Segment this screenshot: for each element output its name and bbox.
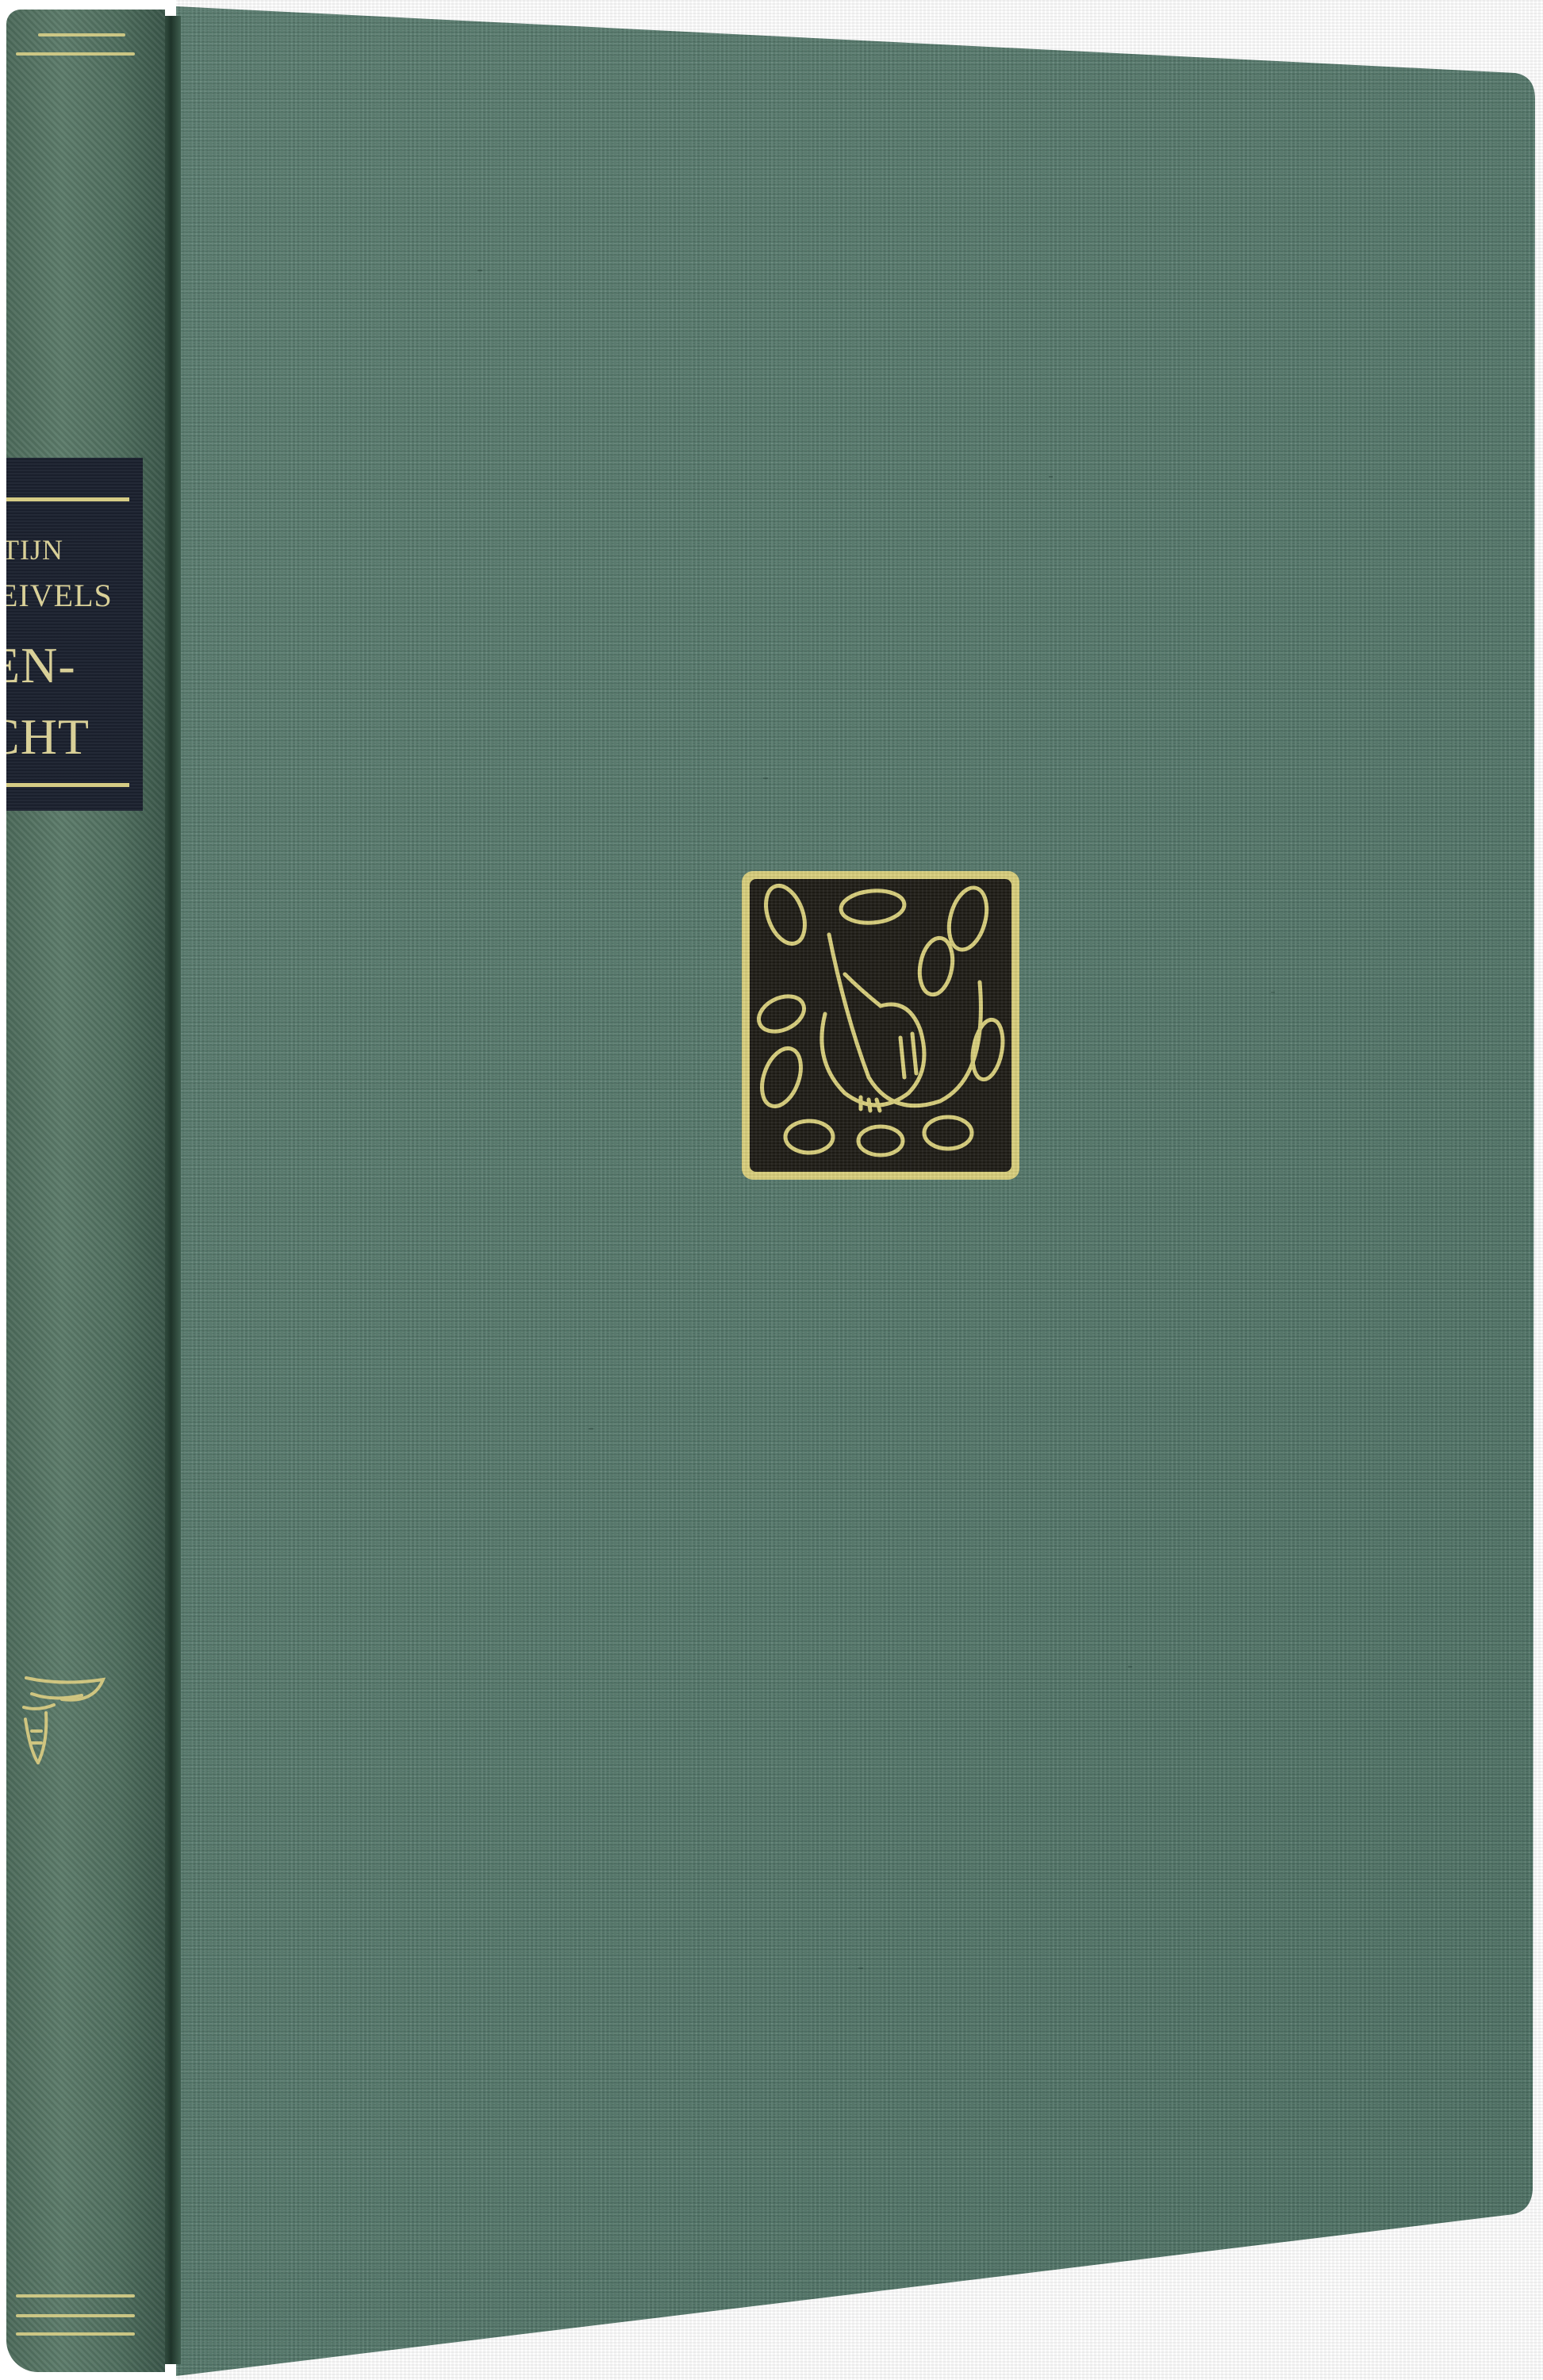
spine-bottom-band	[16, 2314, 135, 2317]
spine-bottom-band	[16, 2294, 135, 2297]
label-top-rule	[6, 497, 129, 501]
front-cover	[176, 0, 1543, 2380]
label-bottom-rule	[6, 783, 129, 787]
spine-author-line-2: EIVELS	[6, 577, 113, 614]
spine-bottom-band	[16, 2332, 135, 2336]
winged-ornament-icon	[14, 1664, 109, 1775]
spine-author-line-1: TIJN	[6, 533, 63, 566]
bird-among-leaves-icon	[750, 879, 1011, 1172]
book-spine: TIJN EIVELS EN- CHT	[6, 10, 165, 2372]
spine-title-line-1: EN-	[6, 636, 76, 695]
book-photo: TIJN EIVELS EN- CHT	[0, 0, 1543, 2380]
spine-top-band	[16, 52, 135, 56]
cloth-texture	[176, 0, 1543, 2380]
spine-title-line-2: CHT	[6, 708, 90, 766]
spine-top-band	[38, 33, 125, 36]
cover-emblem	[742, 871, 1019, 1180]
spine-title-label: TIJN EIVELS EN- CHT	[6, 458, 143, 811]
